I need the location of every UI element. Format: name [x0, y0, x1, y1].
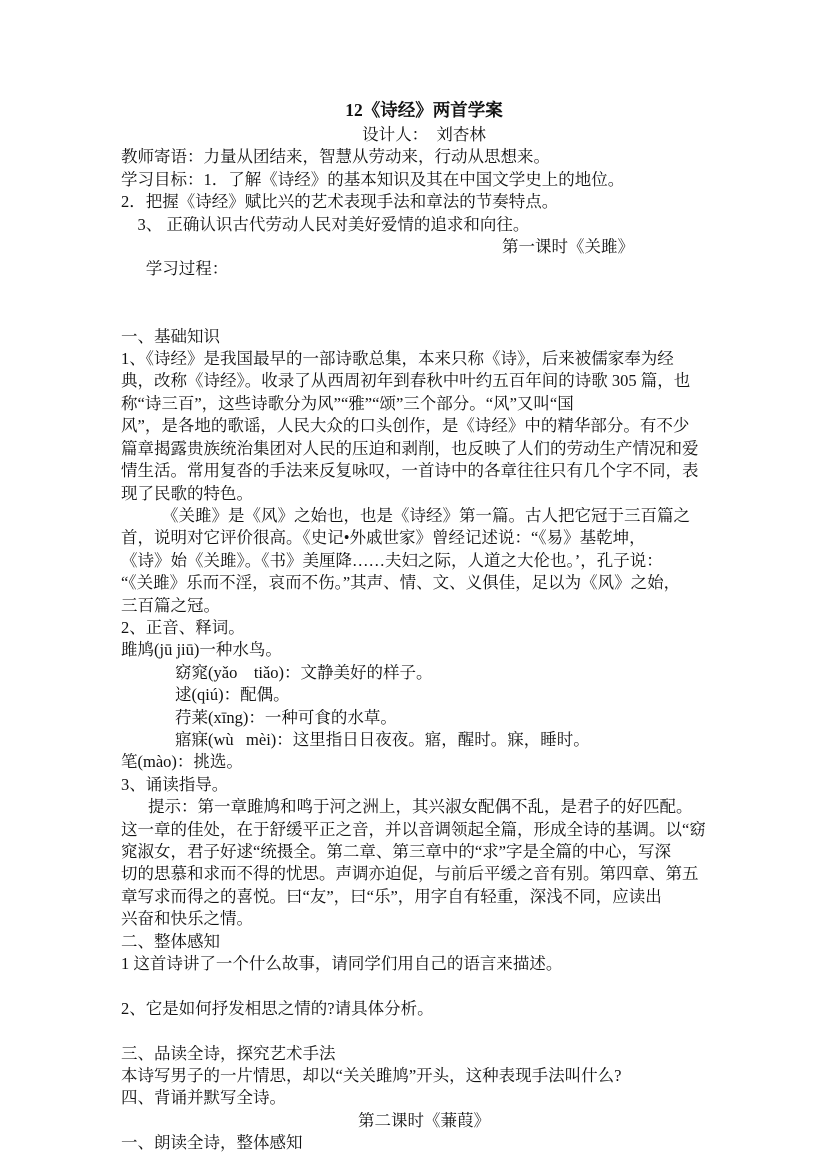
reading-hint-line: 切的思慕和求而不得的忧思。声调亦迫促，与前后平缓之音有别。第四章、第五: [121, 863, 727, 885]
learning-process-row: 学习过程： 第一课时《关雎》: [121, 236, 727, 326]
question-retell-story: 1 这首诗讲了一个什么故事，请同学们用自己的语言来描述。: [121, 953, 727, 975]
guanju-intro-line: 《关雎》是《风》之始也，也是《诗经》第一篇。古人把它冠于三百篇之: [121, 505, 727, 527]
learning-goal-2: 2．把握《诗经》赋比兴的艺术表现手法和章法的节奏特点。: [121, 191, 727, 213]
guanju-intro-line: 首，说明对它评价很高。《史记•外戚世家》曾经记述说：“《易》基乾坤，: [121, 527, 727, 549]
guanju-intro-line: 三百篇之冠。: [121, 595, 727, 617]
question-expression-technique: 本诗写男子的一片情思，却以“关关雎鸠”开头，这种表现手法叫什么?: [121, 1065, 727, 1087]
gloss-line: 笔(mào)：挑选。: [121, 751, 727, 773]
gloss-line: 荇莱(xīng)：一种可食的水草。: [121, 707, 727, 729]
doc-title: 12《诗经》两首学案: [121, 96, 727, 124]
learning-goal-1: 学习目标：1．了解《诗经》的基本知识及其在中国文学史上的地位。: [121, 169, 727, 191]
document-content: 12《诗经》两首学案 设计人： 刘杏林 教师寄语：力量从团结来，智慧从劳动来，行…: [121, 96, 727, 1155]
section-heading-read-aloud: 一、朗读全诗，整体感知: [121, 1132, 727, 1154]
gloss-line: 逑(qiú)：配偶。: [121, 684, 727, 706]
reading-hint-line: 这一章的佳处，在于舒缓平正之音，并以音调领起全篇，形成全诗的基调。以“窈: [121, 819, 727, 841]
teacher-motto: 教师寄语：力量从团结来，智慧从劳动来，行动从思想来。: [121, 146, 727, 168]
document-page: 12《诗经》两首学案 设计人： 刘杏林 教师寄语：力量从团结来，智慧从劳动来，行…: [0, 0, 827, 1169]
blank-line: [121, 1020, 727, 1042]
gloss-line: 窈窕(yǎo tiǎo)：文静美好的样子。: [121, 662, 727, 684]
section-heading-reading-guide: 3、诵读指导。: [121, 774, 727, 796]
designer-line: 设计人： 刘杏林: [121, 124, 727, 146]
reading-hint-line: 窕淑女，君子好逑“统摄全。第二章、第三章中的“求”字是全篇的中心，写深: [121, 841, 727, 863]
question-express-longing: 2、它是如何抒发相思之情的?请具体分析。: [121, 998, 727, 1020]
session2-heading: 第二课时《蒹葭》: [121, 1110, 727, 1132]
guanju-intro-line: 《诗》始《关雎》。《书》美厘降……夫妇之际，人道之大伦也。’，孔子说：: [121, 550, 727, 572]
gloss-line: 寤寐(wù mèi)：这里指日日夜夜。寤，醒时。寐，睡时。: [121, 729, 727, 751]
shijing-intro-line: 篇章揭露贵族统治集团对人民的压迫和剥削，也反映了人们的劳动生产情况和爱: [121, 438, 727, 460]
learning-process-label: 学习过程：: [146, 259, 229, 278]
shijing-intro-line: 1、《诗经》是我国最早的一部诗歌总集，本来只称《诗》，后来被儒家奉为经: [121, 348, 727, 370]
section-heading-recite: 四、背诵并默写全诗。: [121, 1087, 727, 1109]
shijing-intro-line: 典，改称《诗经》。收录了从西周初年到春秋中叶约五百年间的诗歌 305 篇，也: [121, 370, 727, 392]
blank-line: [121, 975, 727, 997]
section-heading-basic-knowledge: 一、基础知识: [121, 326, 727, 348]
section-heading-overall-perception: 二、整体感知: [121, 931, 727, 953]
session1-heading: 第一课时《关雎》: [502, 236, 634, 258]
section-heading-appreciate-poem: 三、品读全诗，探究艺术手法: [121, 1043, 727, 1065]
reading-hint-line: 章写求而得之的喜悦。曰“友”，曰“乐”，用字自有轻重，深浅不同，应读出: [121, 886, 727, 908]
shijing-intro-line: 现了民歌的特色。: [121, 483, 727, 505]
shijing-intro-line: 风”，是各地的歌谣，人民大众的口头创作，是《诗经》中的精华部分。有不少: [121, 415, 727, 437]
learning-goal-3: 3、 正确认识古代劳动人民对美好爱情的追求和向往。: [121, 214, 727, 236]
shijing-intro-line: 称“诗三百”，这些诗歌分为风”“雅”“颂”三个部分。“风”又叫“国: [121, 393, 727, 415]
gloss-line: 雎鸠(jū jiū)一种水鸟。: [121, 639, 727, 661]
reading-hint-line: 兴奋和快乐之情。: [121, 908, 727, 930]
reading-hint-line: 提示：第一章雎鸠和鸣于河之洲上，其兴淑女配偶不乱，是君子的好匹配。: [121, 796, 727, 818]
shijing-intro-line: 情生活。常用复沓的手法来反复咏叹，一首诗中的各章往往只有几个字不同，表: [121, 460, 727, 482]
section-heading-pronunciation: 2、正音、释词。: [121, 617, 727, 639]
guanju-intro-line: “《关雎》乐而不淫，哀而不伤。”其声、情、文、义俱佳，足以为《风》之始，: [121, 572, 727, 594]
